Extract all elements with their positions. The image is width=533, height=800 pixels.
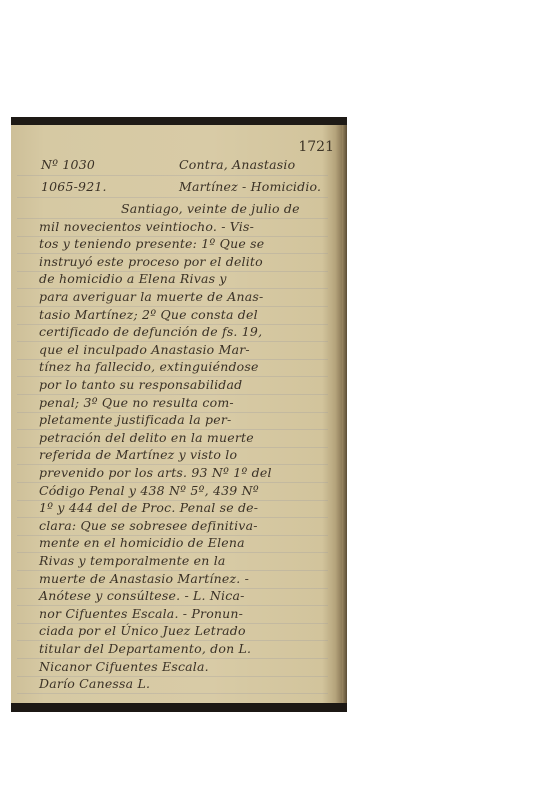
handwritten-line: instruyó este proceso por el delito (39, 254, 263, 269)
handwritten-line: nor Cifuentes Escala. - Pronun- (39, 606, 243, 621)
handwritten-line: tasio Martínez; 2º Que consta del (39, 307, 258, 322)
handwritten-line: Darío Canessa L. (39, 676, 150, 691)
handwritten-line: titular del Departamento, don L. (39, 641, 251, 656)
handwritten-line: petración del delito en la muerte (39, 430, 254, 445)
handwritten-line: que el inculpado Anastasio Mar- (39, 342, 250, 357)
page-bottom-shadow (11, 703, 347, 712)
ruled-line (17, 693, 328, 694)
handwritten-line: prevenido por los arts. 93 Nº 1º del (39, 465, 272, 480)
handwritten-line: muerte de Anastasio Martínez. - (39, 571, 249, 586)
handwritten-line: Código Penal y 438 Nº 5º, 439 Nº (39, 483, 259, 498)
case-number: Nº 1030 (41, 157, 95, 172)
handwritten-line: clara: Que se sobresee definitiva- (39, 518, 258, 533)
page-number: 1721 (298, 139, 334, 155)
reference-number: 1065-921. (41, 179, 107, 194)
handwritten-line: Rivas y temporalmente en la (39, 553, 226, 568)
handwritten-line: Santiago, veinte de julio de (121, 201, 300, 216)
handwritten-line: Nicanor Cifuentes Escala. (39, 659, 209, 674)
handwritten-line: 1º y 444 del de Proc. Penal se de- (39, 500, 258, 515)
handwritten-line: penal; 3º Que no resulta com- (39, 395, 234, 410)
ruled-line (17, 175, 328, 176)
book-frame: 1721 Nº 1030 Contra, Anastasio 1065-921.… (11, 117, 347, 712)
ruled-line (17, 197, 328, 198)
handwritten-line: referida de Martínez y visto lo (39, 447, 237, 462)
handwritten-line: ciada por el Único Juez Letrado (39, 623, 246, 638)
page-edge (342, 125, 347, 703)
handwritten-line: de homicidio a Elena Rivas y (39, 271, 227, 286)
handwritten-line: por lo tanto su responsabilidad (39, 377, 242, 392)
ledger-page: 1721 Nº 1030 Contra, Anastasio 1065-921.… (11, 125, 342, 703)
handwritten-line: mil novecientos veintiocho. - Vis- (39, 219, 254, 234)
subject-line-1: Contra, Anastasio (179, 157, 295, 172)
handwritten-line: pletamente justificada la per- (39, 412, 231, 427)
subject-line-2: Martínez - Homicidio. (179, 179, 321, 194)
handwritten-line: mente en el homicidio de Elena (39, 535, 245, 550)
handwritten-line: Anótese y consúltese. - L. Nica- (39, 588, 245, 603)
handwritten-line: tos y teniendo presente: 1º Que se (39, 236, 264, 251)
handwritten-line: certificado de defunción de fs. 19, (39, 324, 262, 339)
handwritten-line: para averiguar la muerte de Anas- (39, 289, 263, 304)
handwritten-line: tínez ha fallecido, extinguiéndose (39, 359, 259, 374)
